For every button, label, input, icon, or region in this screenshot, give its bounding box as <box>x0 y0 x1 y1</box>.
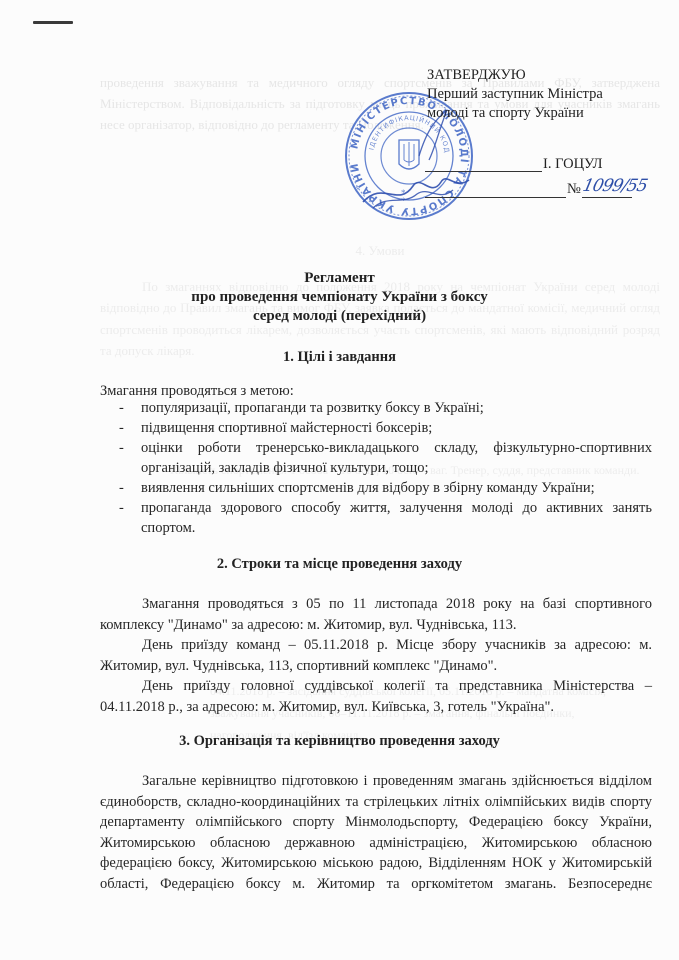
approval-position-line1: Перший заступник Міністра <box>427 85 603 104</box>
document-title: Регламент <box>0 270 679 287</box>
number-line <box>582 197 632 198</box>
list-item: популяризації, пропаганди та розвитку бо… <box>112 398 652 418</box>
list-item: підвищення спортивної майстерності боксе… <box>112 418 652 438</box>
date-line <box>425 197 566 198</box>
document-subtitle-line2: серед молоді (перехідний) <box>0 308 679 325</box>
approval-position-line2: молоді та спорту України <box>427 104 603 123</box>
list-item: оцінки роботи тренерсько-викладацького с… <box>112 438 652 478</box>
approval-heading: ЗАТВЕРДЖУЮ <box>427 66 603 85</box>
handwritten-number: 1099/55 <box>581 176 649 196</box>
signature-line <box>425 171 542 172</box>
signatory-name: І. ГОЦУЛ <box>543 156 603 173</box>
section-2-paragraph-dates: Змагання проводяться з 05 по 11 листопад… <box>100 594 652 635</box>
section-1-heading: 1. Цілі і завдання <box>0 349 679 366</box>
section-3-heading: 3. Організація та керівництво проведення… <box>0 733 679 750</box>
section-2-paragraph-arrival-teams: День приїзду команд – 05.11.2018 р. Місц… <box>100 635 652 676</box>
document-page: проведення зважування та медичного огляд… <box>0 0 679 960</box>
bleed-through-heading: 4. Умови <box>100 240 660 262</box>
number-prefix: № <box>567 181 581 198</box>
section-2-heading: 2. Строки та місце проведення заходу <box>0 556 679 573</box>
section-1-goals-list: популяризації, пропаганди та розвитку бо… <box>112 398 652 538</box>
section-3-paragraph: Загальне керівництво підготовкою і прове… <box>100 771 652 894</box>
document-subtitle-line1: про проведення чемпіонату України з бокс… <box>0 289 679 306</box>
svg-text:*: * <box>401 196 406 206</box>
section-2-paragraph-arrival-judges: День приїзду головної суддівської колегі… <box>100 676 652 717</box>
scan-mark <box>33 21 73 24</box>
list-item: пропаганда здорового способу життя, залу… <box>112 498 652 538</box>
list-item: виявлення сильніших спортсменів для відб… <box>112 478 652 498</box>
approval-block: ЗАТВЕРДЖУЮ Перший заступник Міністра мол… <box>427 66 603 123</box>
